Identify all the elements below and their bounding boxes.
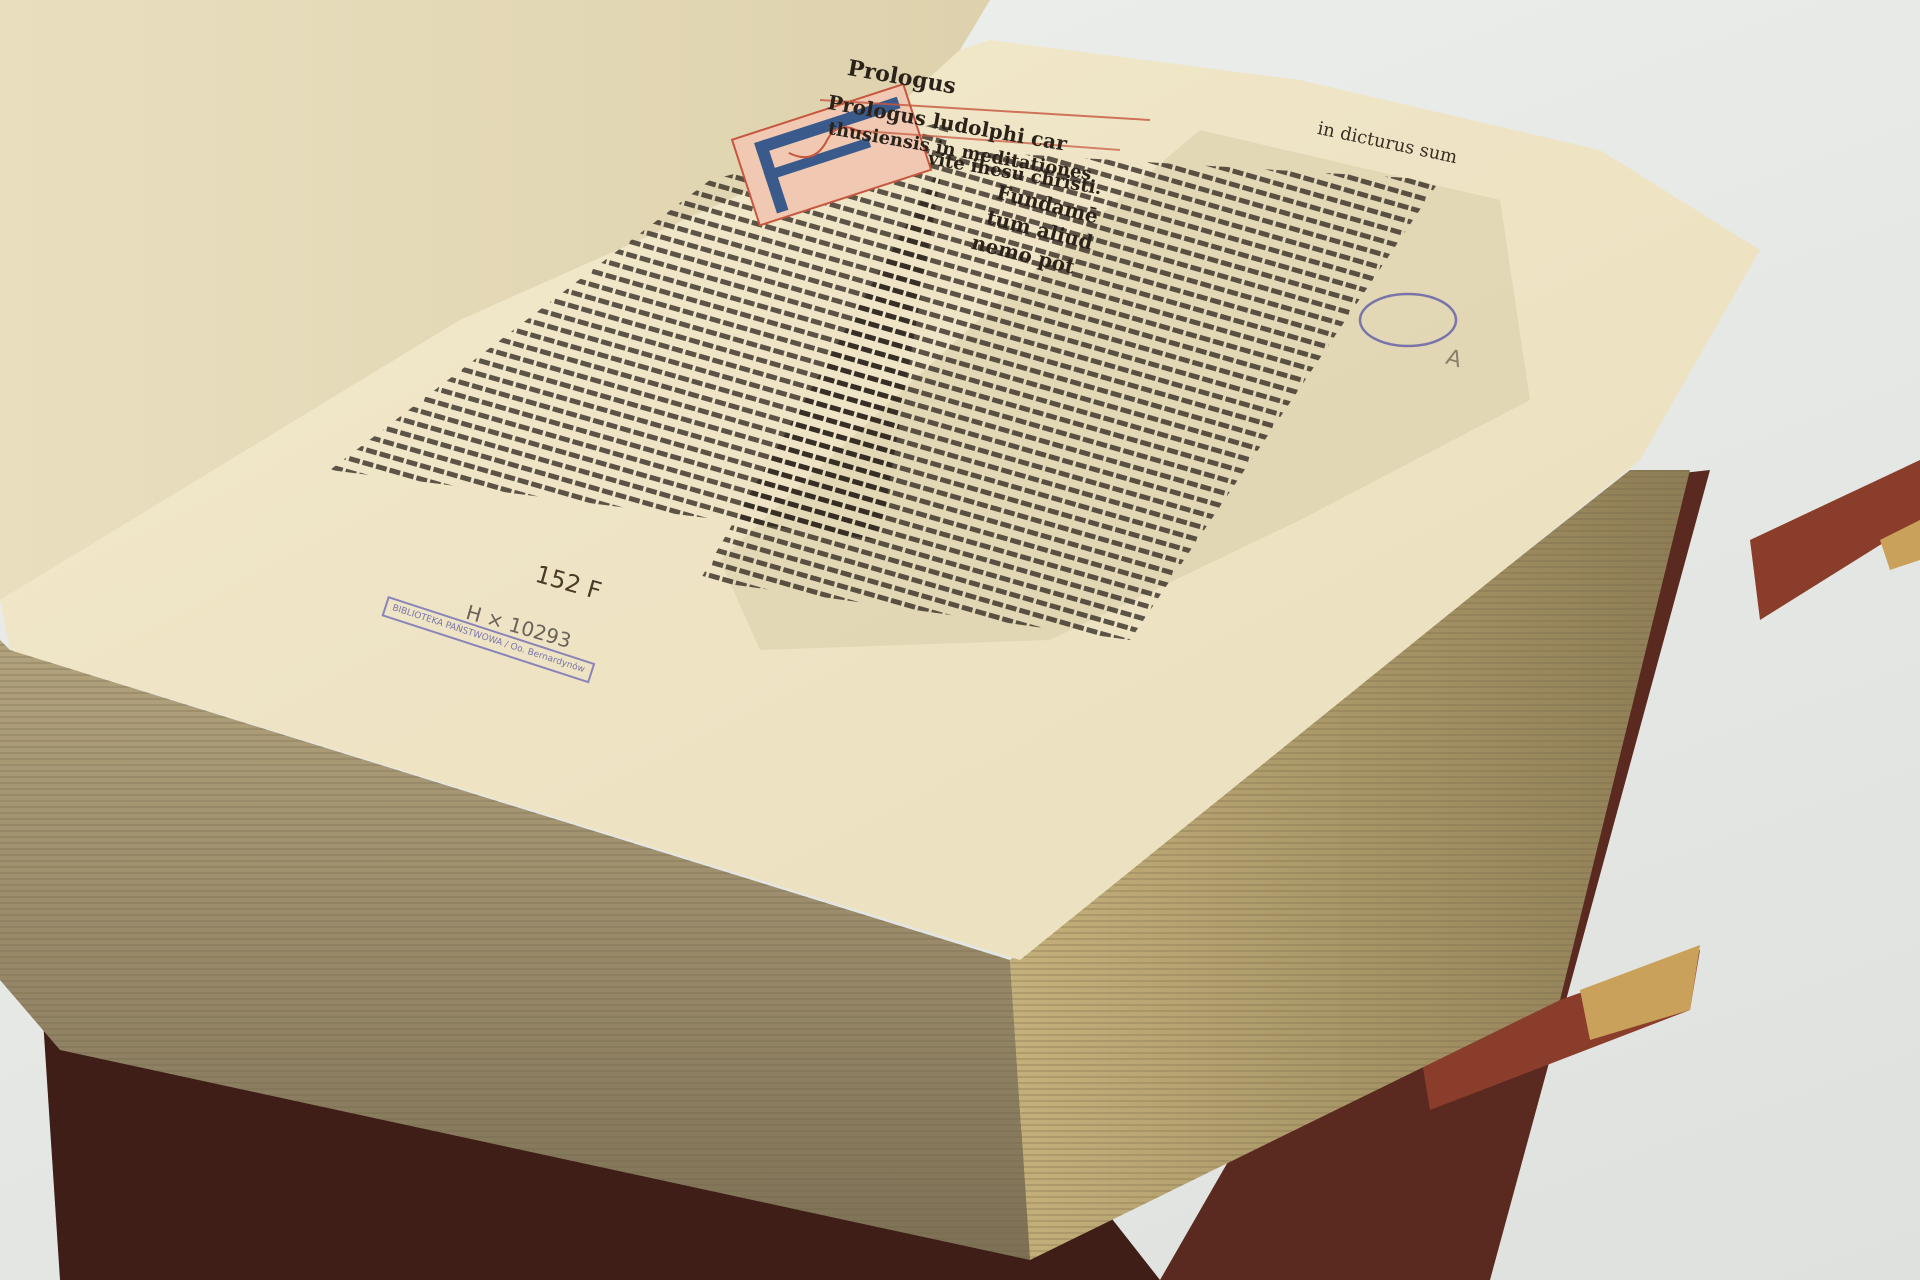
brass-clasp-upper <box>1750 460 1920 620</box>
book-illustration <box>0 0 1920 1280</box>
